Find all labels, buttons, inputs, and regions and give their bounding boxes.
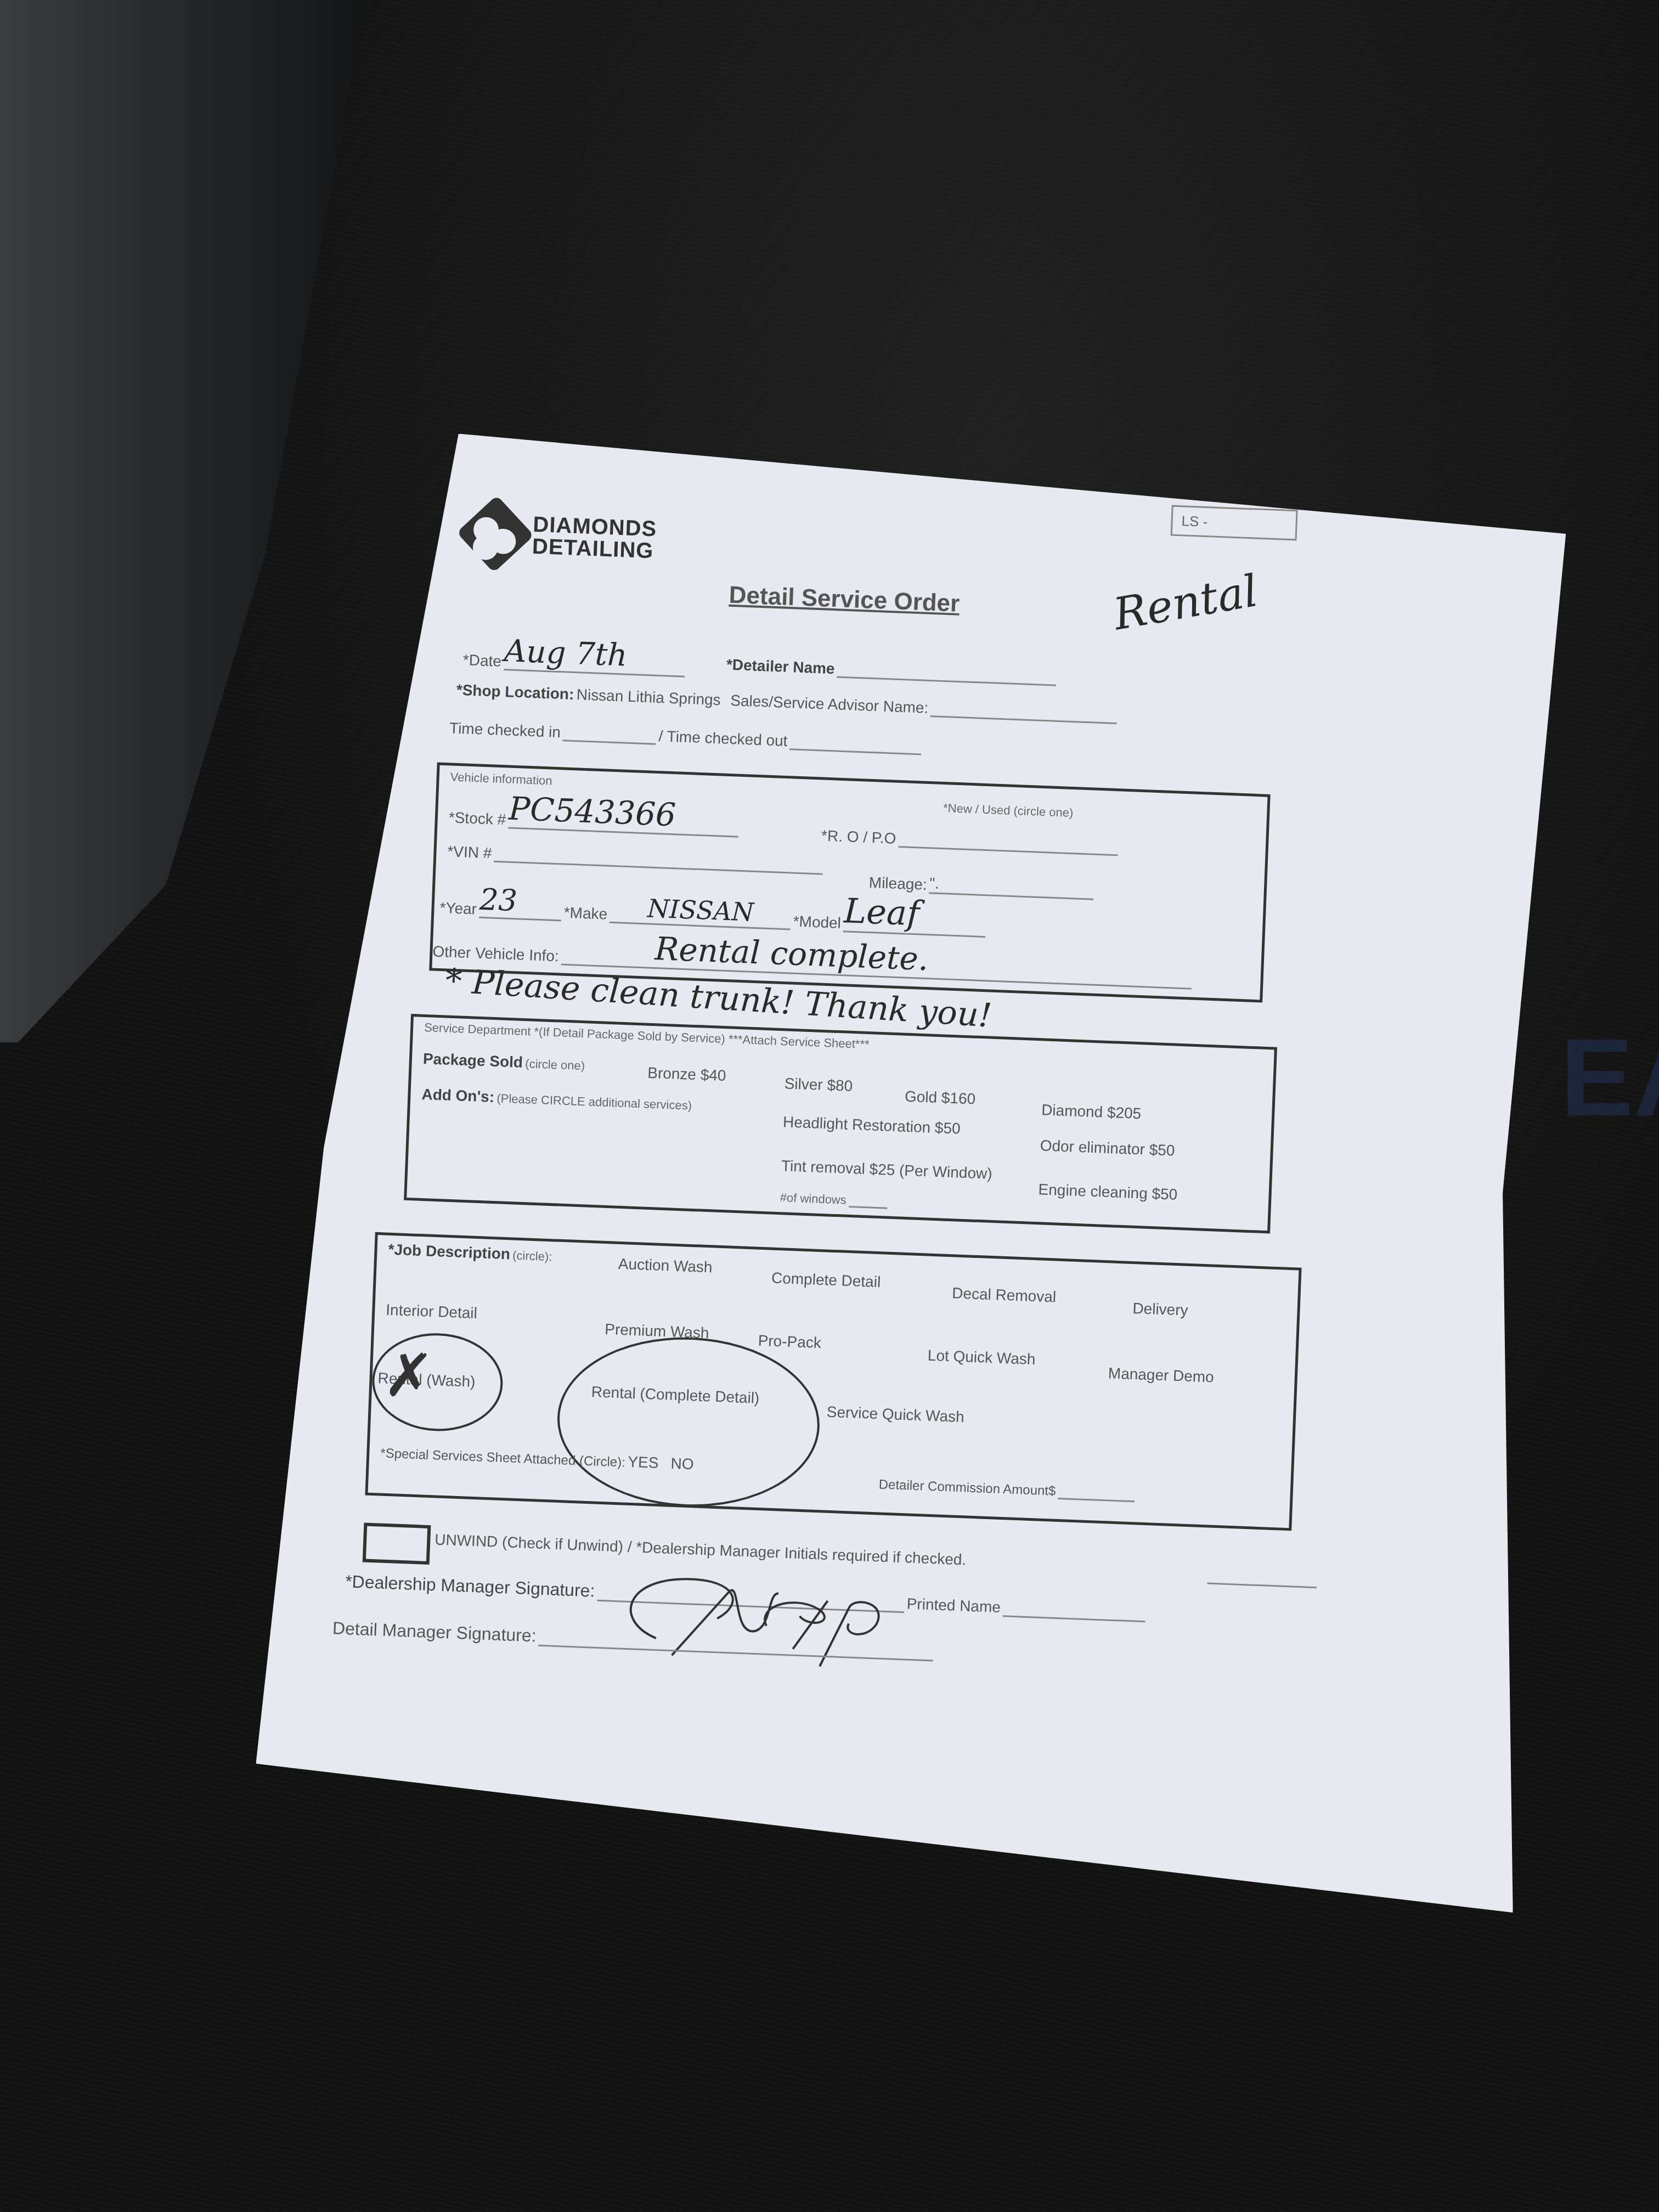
commission-field[interactable] <box>1058 1483 1135 1502</box>
time-out-label: / Time checked out <box>658 727 788 749</box>
vin-field[interactable] <box>494 844 823 875</box>
addons-label: Add On's: <box>421 1086 495 1105</box>
date-label: *Date <box>462 651 501 670</box>
job-decal-removal[interactable]: Decal Removal <box>952 1284 1057 1306</box>
printed-name-field[interactable] <box>1003 1599 1146 1622</box>
job-service-quick-wash[interactable]: Service Quick Wash <box>826 1403 964 1426</box>
advisor-name-field[interactable] <box>930 699 1118 724</box>
advisor-name-label: Sales/Service Advisor Name: <box>730 692 929 716</box>
unwind-checkbox[interactable] <box>363 1522 431 1565</box>
commission-label: Detailer Commission Amount$ <box>878 1477 1056 1498</box>
year-field[interactable]: 23 <box>479 882 562 922</box>
ro-po-label: *R. O / P.O <box>821 827 897 847</box>
handwritten-rental-header: Rental <box>1110 565 1262 640</box>
vehicle-info-section: Vehicle information *New / Used (circle … <box>429 763 1270 1003</box>
model-label: *Model <box>793 913 841 932</box>
circled-selection-mark <box>554 1333 822 1511</box>
windows-field[interactable] <box>849 1193 888 1209</box>
detailer-name-field[interactable] <box>837 659 1057 686</box>
windows-label: #of windows <box>780 1190 847 1207</box>
service-department-section: Service Department *(If Detail Package S… <box>404 1014 1277 1233</box>
package-gold[interactable]: Gold $160 <box>904 1088 975 1108</box>
job-auction-wash[interactable]: Auction Wash <box>618 1255 713 1277</box>
addon-headlight[interactable]: Headlight Restoration $50 <box>782 1113 961 1137</box>
diamond-flower-logo-icon <box>461 500 530 568</box>
ls-number-box[interactable]: LS - <box>1171 505 1298 541</box>
mileage-label: Mileage: <box>868 874 927 893</box>
special-sheet-yes[interactable]: YES <box>628 1453 659 1471</box>
mat-logo-fragment: EA <box>1560 1015 1659 1136</box>
job-lot-quick-wash[interactable]: Lot Quick Wash <box>927 1347 1036 1369</box>
shop-location-value: Nissan Lithia Springs <box>576 686 721 708</box>
job-pro-pack[interactable]: Pro-Pack <box>758 1332 821 1352</box>
stock-field[interactable]: PC543366 <box>508 790 740 838</box>
service-dept-header: Service Department *(If Detail Package S… <box>424 1020 870 1052</box>
shop-location-label: *Shop Location: <box>456 681 574 703</box>
job-complete-detail[interactable]: Complete Detail <box>771 1269 881 1291</box>
job-description-section: *Job Description (circle): Auction Wash … <box>365 1232 1301 1531</box>
package-bronze[interactable]: Bronze $40 <box>647 1064 726 1085</box>
date-field[interactable]: Aug 7th <box>504 633 686 678</box>
package-silver[interactable]: Silver $80 <box>784 1075 853 1095</box>
dealership-signature-label: *Dealership Manager Signature: <box>345 1571 595 1600</box>
form-title: Detail Service Order <box>729 582 960 618</box>
new-used-selector[interactable]: *New / Used (circle one) <box>943 801 1074 820</box>
time-in-field[interactable] <box>563 723 657 745</box>
addon-odor[interactable]: Odor eliminator $50 <box>1040 1137 1175 1159</box>
year-label: *Year <box>439 899 477 918</box>
stock-label: *Stock # <box>448 809 506 828</box>
manager-signature-scribble <box>589 1554 977 1681</box>
detailer-name-label: *Detailer Name <box>726 656 835 678</box>
addons-hint: (Please CIRCLE additional services) <box>496 1091 692 1113</box>
vin-label: *VIN # <box>447 843 492 861</box>
manager-initials-field[interactable] <box>1207 1577 1317 1589</box>
job-manager-demo[interactable]: Manager Demo <box>1108 1364 1214 1386</box>
brand-line-2: DETAILING <box>532 535 656 562</box>
special-sheet-no[interactable]: NO <box>670 1455 694 1473</box>
brand-logo: DIAMONDS DETAILING <box>461 500 658 573</box>
model-field[interactable]: Leaf <box>843 890 988 938</box>
time-out-field[interactable] <box>789 732 922 755</box>
detail-manager-signature-label: Detail Manager Signature: <box>332 1618 537 1645</box>
package-diamond[interactable]: Diamond $205 <box>1041 1101 1142 1122</box>
job-description-hint: (circle): <box>512 1248 552 1263</box>
addon-tint[interactable]: Tint removal $25 (Per Window) <box>781 1157 992 1183</box>
make-field[interactable]: NISSAN <box>610 892 792 930</box>
package-sold-label: Package Sold <box>422 1050 523 1071</box>
detail-service-order-sheet: DIAMONDS DETAILING LS - Detail Service O… <box>252 428 1568 1912</box>
vehicle-info-heading: Vehicle information <box>450 770 552 788</box>
job-description-label: *Job Description <box>388 1241 511 1263</box>
job-delivery[interactable]: Delivery <box>1132 1300 1188 1319</box>
package-hint: (circle one) <box>525 1057 585 1073</box>
job-interior-detail[interactable]: Interior Detail <box>386 1301 478 1322</box>
scribble-x-mark: ✗ <box>382 1345 435 1407</box>
addon-engine[interactable]: Engine cleaning $50 <box>1038 1181 1178 1204</box>
ro-po-field[interactable] <box>898 830 1118 856</box>
time-in-label: Time checked in <box>449 719 561 741</box>
make-label: *Make <box>563 904 608 923</box>
